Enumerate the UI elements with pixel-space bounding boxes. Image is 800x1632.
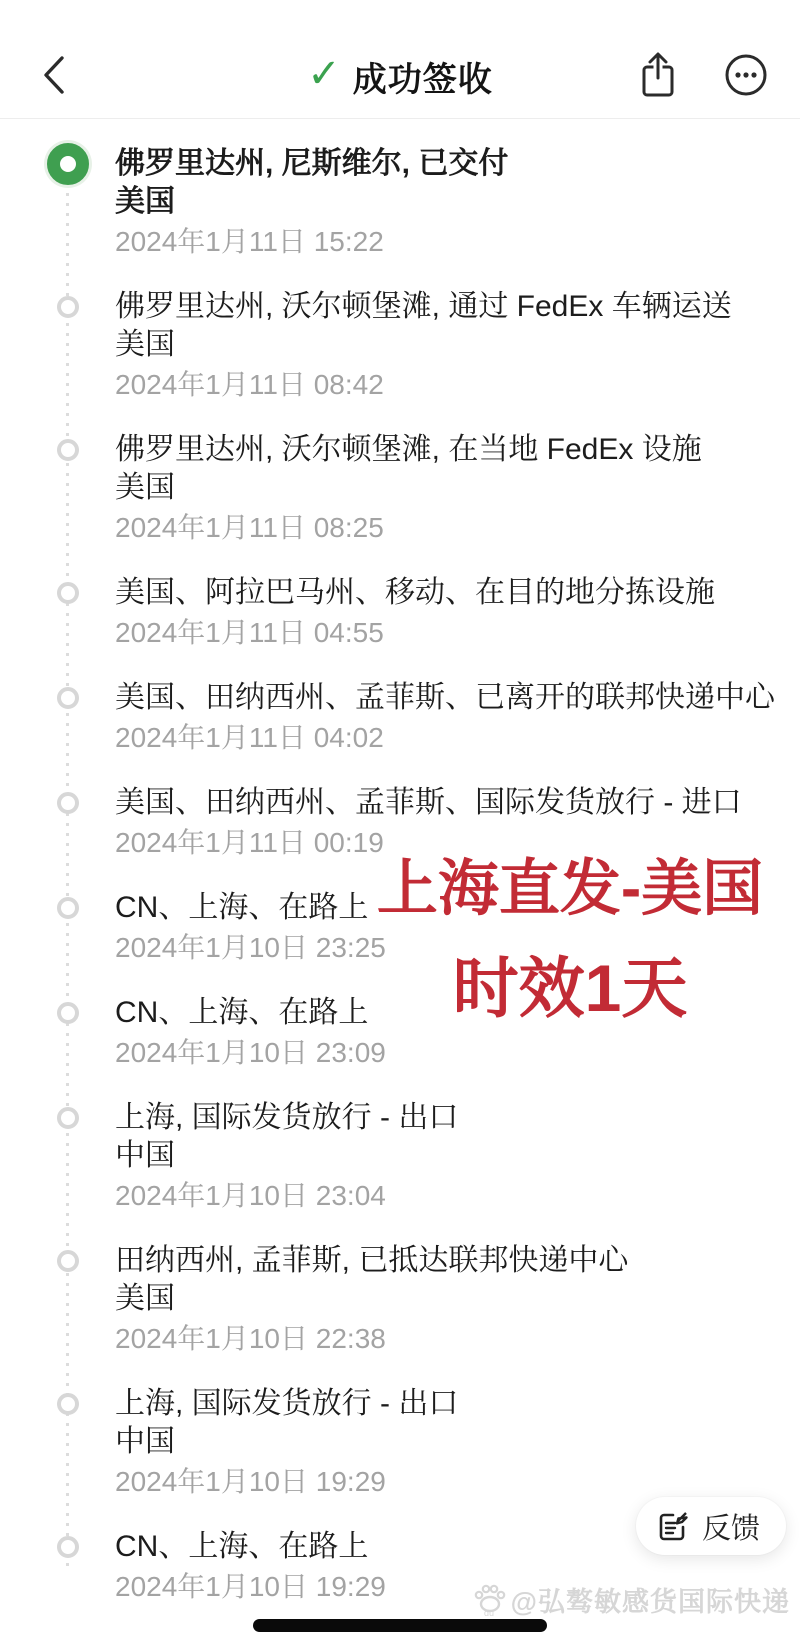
event-datetime: 2024年1月11日 00:19 bbox=[115, 824, 780, 862]
timeline-event: CN、上海、在路上 2024年1月10日 23:25 bbox=[115, 889, 780, 967]
event-datetime: 2024年1月10日 23:25 bbox=[115, 929, 780, 967]
event-title: CN、上海、在路上 bbox=[115, 889, 780, 927]
more-button[interactable] bbox=[720, 48, 772, 102]
event-country: 美国 bbox=[115, 183, 780, 221]
event-title: 上海, 国际发货放行 - 出口 bbox=[115, 1099, 780, 1137]
back-button[interactable] bbox=[34, 52, 74, 98]
timeline-marker-icon bbox=[57, 1536, 79, 1558]
timeline-event: 美国、田纳西州、孟菲斯、已离开的联邦快递中心 2024年1月11日 04:02 bbox=[115, 679, 780, 757]
ellipsis-circle-icon bbox=[723, 52, 769, 98]
event-country: 中国 bbox=[115, 1423, 780, 1461]
event-title: 佛罗里达州, 沃尔顿堡滩, 在当地 FedEx 设施 bbox=[115, 431, 780, 469]
timeline-marker-icon bbox=[57, 897, 79, 919]
event-title: 美国、田纳西州、孟菲斯、国际发货放行 - 进口 bbox=[115, 784, 780, 822]
timeline-marker-icon bbox=[57, 687, 79, 709]
timeline-event: CN、上海、在路上 2024年1月10日 23:09 bbox=[115, 994, 780, 1072]
event-datetime: 2024年1月11日 04:55 bbox=[115, 614, 780, 652]
event-datetime: 2024年1月10日 23:09 bbox=[115, 1034, 780, 1072]
event-title: 美国、田纳西州、孟菲斯、已离开的联邦快递中心 bbox=[115, 679, 780, 717]
header-actions bbox=[632, 48, 772, 102]
timeline-event: 美国、田纳西州、孟菲斯、国际发货放行 - 进口 2024年1月11日 00:19 bbox=[115, 784, 780, 862]
event-title: 佛罗里达州, 尼斯维尔, 已交付 bbox=[115, 145, 780, 183]
feedback-label: 反馈 bbox=[702, 1506, 760, 1547]
tracking-screen: { "header": { "title": "成功签收", "check_ic… bbox=[0, 0, 800, 1632]
timeline-event: 佛罗里达州, 沃尔顿堡滩, 通过 FedEx 车辆运送 美国 2024年1月11… bbox=[115, 288, 780, 404]
event-country: 美国 bbox=[115, 326, 780, 364]
event-datetime: 2024年1月10日 23:04 bbox=[115, 1177, 780, 1215]
event-title: 上海, 国际发货放行 - 出口 bbox=[115, 1385, 780, 1423]
timeline-event: 佛罗里达州, 尼斯维尔, 已交付 美国 2024年1月11日 15:22 bbox=[115, 145, 780, 261]
timeline-event: 田纳西州, 孟菲斯, 已抵达联邦快递中心 美国 2024年1月10日 22:38 bbox=[115, 1242, 780, 1358]
timeline-marker-icon bbox=[57, 296, 79, 318]
timeline-dotted-rail bbox=[66, 183, 69, 1570]
timeline-marker-icon bbox=[57, 792, 79, 814]
event-country: 美国 bbox=[115, 1280, 780, 1318]
timeline-marker-icon bbox=[57, 582, 79, 604]
timeline-event: 美国、阿拉巴马州、移动、在目的地分拣设施 2024年1月11日 04:55 bbox=[115, 574, 780, 652]
event-title: 田纳西州, 孟菲斯, 已抵达联邦快递中心 bbox=[115, 1242, 780, 1280]
header-title-group: ✓ 成功签收 bbox=[307, 52, 493, 101]
event-datetime: 2024年1月10日 22:38 bbox=[115, 1320, 780, 1358]
paw-logo-sub: du bbox=[484, 1608, 494, 1618]
event-datetime: 2024年1月11日 08:25 bbox=[115, 509, 780, 547]
timeline-event: 上海, 国际发货放行 - 出口 中国 2024年1月10日 19:29 bbox=[115, 1385, 780, 1501]
event-datetime: 2024年1月11日 08:42 bbox=[115, 366, 780, 404]
status-bar bbox=[0, 0, 800, 34]
event-title: 佛罗里达州, 沃尔顿堡滩, 通过 FedEx 车辆运送 bbox=[115, 288, 780, 326]
event-datetime: 2024年1月10日 19:29 bbox=[115, 1568, 780, 1606]
feedback-edit-icon bbox=[656, 1509, 690, 1543]
timeline-marker-icon bbox=[57, 1002, 79, 1024]
event-title: 美国、阿拉巴马州、移动、在目的地分拣设施 bbox=[115, 574, 780, 612]
timeline-event: 佛罗里达州, 沃尔顿堡滩, 在当地 FedEx 设施 美国 2024年1月11日… bbox=[115, 431, 780, 547]
timeline-marker-icon bbox=[57, 1393, 79, 1415]
share-button[interactable] bbox=[632, 48, 684, 102]
share-icon bbox=[638, 50, 678, 100]
event-country: 美国 bbox=[115, 469, 780, 507]
checkmark-icon: ✓ bbox=[307, 54, 341, 94]
nav-header: ✓ 成功签收 bbox=[0, 34, 800, 119]
feedback-button[interactable]: 反馈 bbox=[636, 1497, 786, 1555]
event-datetime: 2024年1月10日 19:29 bbox=[115, 1463, 780, 1501]
timeline-marker-icon bbox=[57, 1250, 79, 1272]
event-title: CN、上海、在路上 bbox=[115, 994, 780, 1032]
event-datetime: 2024年1月11日 04:02 bbox=[115, 719, 780, 757]
chevron-left-icon bbox=[41, 54, 67, 96]
timeline-marker-icon bbox=[57, 439, 79, 461]
timeline-marker-icon bbox=[57, 1107, 79, 1129]
event-datetime: 2024年1月11日 15:22 bbox=[115, 223, 780, 261]
home-indicator-bar[interactable] bbox=[253, 1619, 547, 1632]
event-country: 中国 bbox=[115, 1137, 780, 1175]
timeline-marker-icon bbox=[47, 143, 89, 185]
tracking-timeline: 佛罗里达州, 尼斯维尔, 已交付 美国 2024年1月11日 15:22 佛罗里… bbox=[0, 119, 800, 1606]
timeline-event: 上海, 国际发货放行 - 出口 中国 2024年1月10日 23:04 bbox=[115, 1099, 780, 1215]
page-title: 成功签收 bbox=[353, 52, 493, 101]
